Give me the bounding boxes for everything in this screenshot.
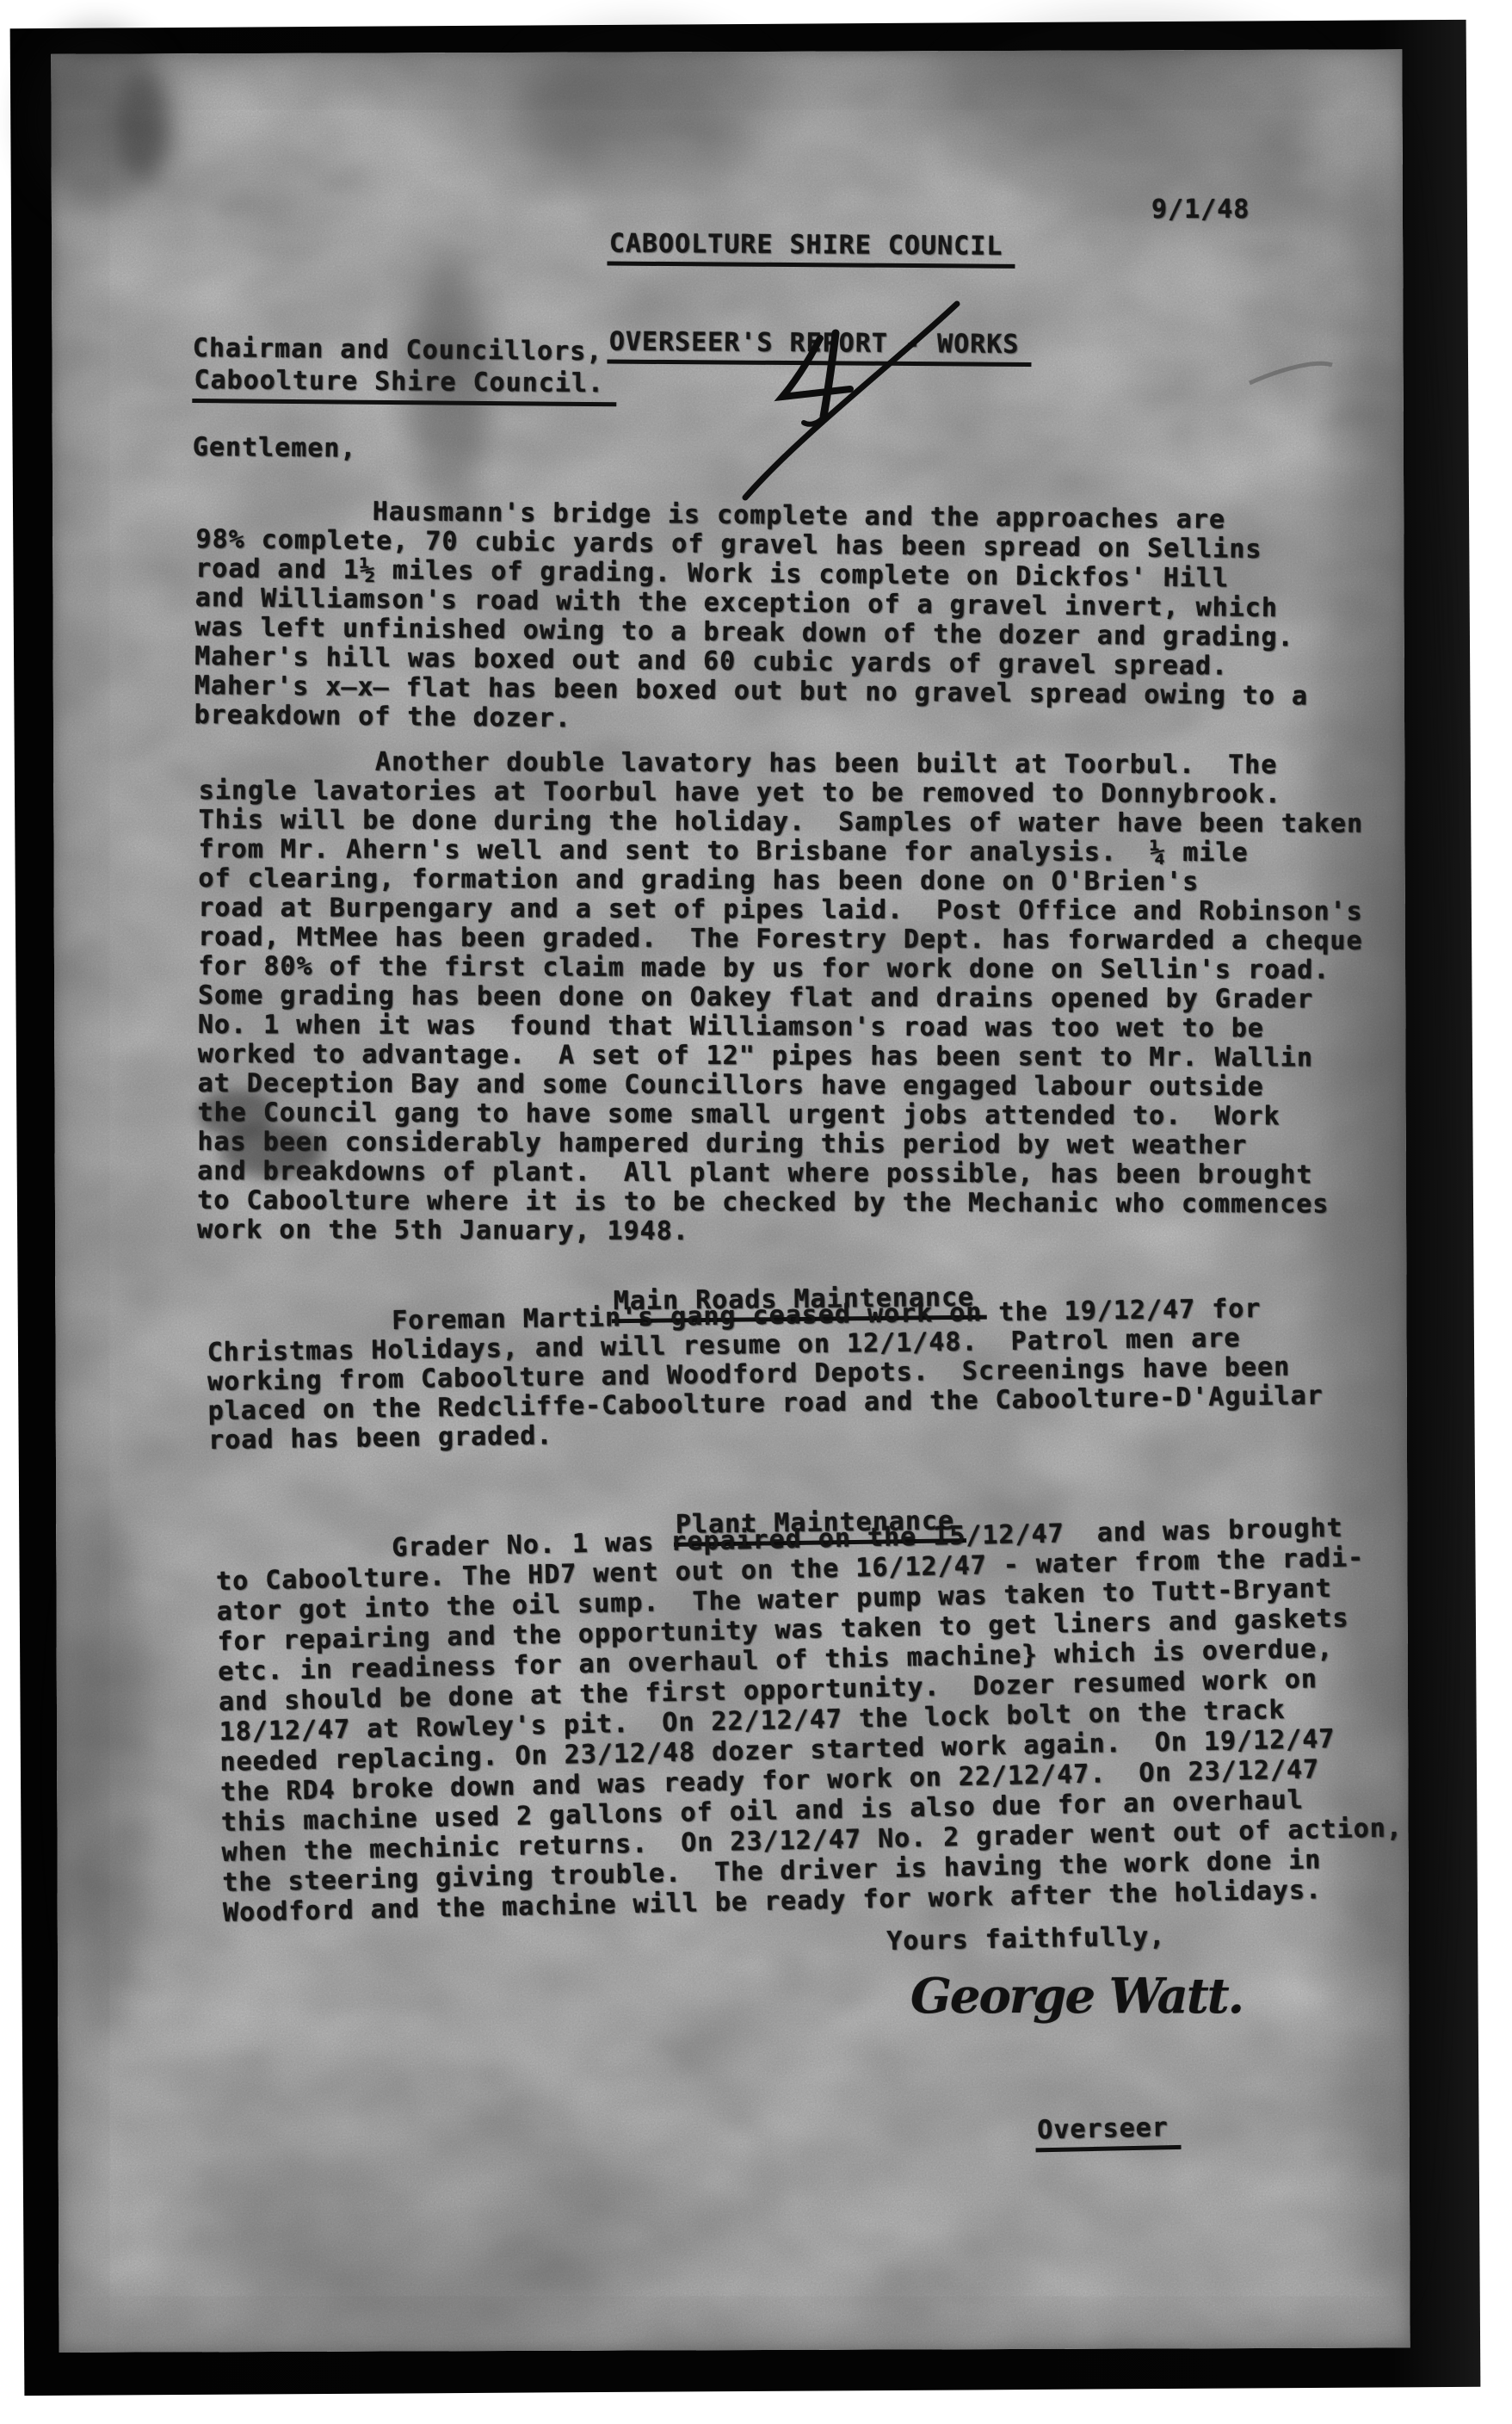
stain xyxy=(25,28,172,209)
scanned-photo-backing xyxy=(10,20,1481,2396)
paper-grain-texture xyxy=(51,49,1410,2352)
stain xyxy=(512,26,771,190)
stain xyxy=(220,1124,324,1178)
stain xyxy=(410,259,488,509)
stain xyxy=(1239,127,1335,403)
document-page xyxy=(51,49,1410,2352)
